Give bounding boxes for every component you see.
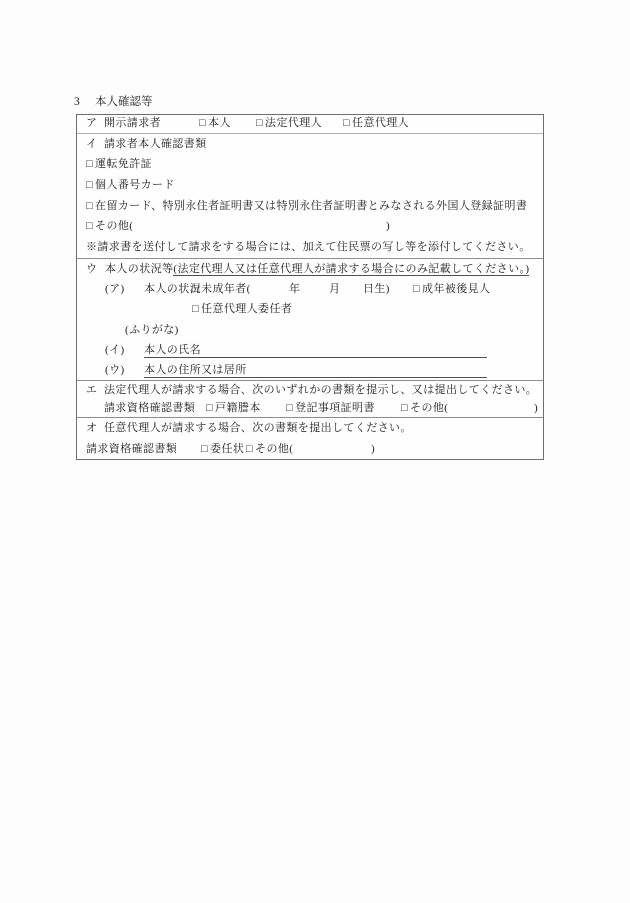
row-key: ア bbox=[86, 115, 97, 133]
checkbox-label: 任意代理人 bbox=[352, 117, 409, 129]
table-row-line: ※請求書を送付して請求をする場合には、加えて住民票の写し等を添付してください。 bbox=[77, 237, 543, 258]
identity-verification-table: ア 開示請求者 □本人 □法定代理人 □任意代理人 イ 請求者本人確認書類 □運… bbox=[76, 114, 544, 460]
table-row-line: (ア) 本人の状況 □未成年者( 年 月 日生) □成年被後見人 bbox=[77, 279, 543, 299]
row-title: 開示請求者 bbox=[104, 115, 161, 133]
checkbox-icon: □ bbox=[206, 402, 213, 414]
furigana-label: (ふりがな) bbox=[125, 320, 179, 340]
row-title: 請求者本人確認書類 bbox=[104, 134, 207, 155]
checkbox-icon: □ bbox=[201, 443, 208, 455]
table-row-line: エ 法定代理人が請求する場合、次のいずれかの書類を提示し、又は提出してください。 bbox=[77, 381, 543, 399]
principal-name-field: 本人の氏名 bbox=[144, 340, 487, 360]
paren-close: ) bbox=[386, 216, 390, 237]
checkbox-option-mynumber-card: □個人番号カード bbox=[86, 175, 175, 196]
table-row-line: ア 開示請求者 □本人 □法定代理人 □任意代理人 bbox=[77, 115, 543, 133]
document-page: 3 本人確認等 ア 開示請求者 □本人 □法定代理人 □任意代理人 イ 請求者本… bbox=[0, 0, 630, 903]
row-title-group: 本人の状況等(法定代理人又は任意代理人が請求する場合にのみ記載してください。) bbox=[105, 259, 529, 279]
checkbox-option-legal-agent: □法定代理人 bbox=[256, 115, 322, 133]
checkbox-option-other-document: □その他( bbox=[401, 399, 448, 417]
row-principal-situation: ウ 本人の状況等(法定代理人又は任意代理人が請求する場合にのみ記載してください。… bbox=[77, 258, 543, 381]
principal-address-field: 本人の住所又は居所 bbox=[144, 360, 487, 380]
row-identity-documents: イ 請求者本人確認書類 □運転免許証 □個人番号カード □在留カード、特別永住者… bbox=[77, 133, 543, 258]
table-row-line: □在留カード、特別永住者証明書又は特別永住者証明書とみなされる外国人登録証明書 bbox=[77, 196, 543, 217]
checkbox-label: その他( bbox=[255, 443, 293, 455]
checkbox-label: 個人番号カード bbox=[95, 179, 175, 191]
table-row-line: イ 請求者本人確認書類 bbox=[77, 134, 543, 155]
paren-close: ) bbox=[534, 399, 538, 417]
row-instruction: 任意代理人が請求する場合、次の書類を提出してください。 bbox=[104, 418, 412, 439]
checkbox-option-drivers-license: □運転免許証 bbox=[86, 154, 152, 175]
checkbox-option-other-document: □その他( bbox=[246, 439, 293, 460]
table-row-line: □個人番号カード bbox=[77, 175, 543, 196]
checkbox-label: 委任状 bbox=[210, 443, 244, 455]
section-title: 本人確認等 bbox=[95, 94, 153, 110]
row-key: オ bbox=[86, 418, 97, 439]
table-row-line: オ 任意代理人が請求する場合、次の書類を提出してください。 bbox=[77, 418, 543, 439]
sub-item-key: (イ) bbox=[105, 340, 125, 360]
checkbox-icon: □ bbox=[86, 158, 93, 170]
row-disclosure-requester: ア 開示請求者 □本人 □法定代理人 □任意代理人 bbox=[77, 115, 543, 133]
checkbox-label: その他( bbox=[95, 220, 133, 232]
checkbox-option-registration-cert: □登記事項証明書 bbox=[286, 399, 375, 417]
checkbox-icon: □ bbox=[256, 117, 263, 129]
qualification-docs-label: 請求資格確認書類 bbox=[86, 439, 177, 460]
table-row-line: ウ 本人の状況等(法定代理人又は任意代理人が請求する場合にのみ記載してください。… bbox=[77, 259, 543, 279]
checkbox-option-other-document: □その他( bbox=[86, 216, 133, 237]
row-voluntary-agent-documents: オ 任意代理人が請求する場合、次の書類を提出してください。 請求資格確認書類 □… bbox=[77, 417, 543, 459]
checkbox-label: 任意代理人委任者 bbox=[201, 303, 292, 315]
checkbox-option-adult-ward: □成年被後見人 bbox=[413, 279, 490, 299]
checkbox-option-proxy-letter: □委任状 bbox=[201, 439, 244, 460]
checkbox-label: その他( bbox=[410, 402, 448, 414]
checkbox-option-koseki: □戸籍謄本 bbox=[206, 399, 261, 417]
table-row-line: 請求資格確認書類 □委任状 □その他( ) bbox=[77, 439, 543, 460]
checkbox-icon: □ bbox=[401, 402, 408, 414]
checkbox-option-voluntary-delegator: □任意代理人委任者 bbox=[192, 299, 292, 319]
checkbox-label: 運転免許証 bbox=[95, 158, 152, 170]
checkbox-label: 成年被後見人 bbox=[422, 283, 490, 295]
checkbox-icon: □ bbox=[192, 283, 199, 295]
checkbox-icon: □ bbox=[413, 283, 420, 295]
checkbox-label: 本人 bbox=[208, 117, 231, 129]
paren-close: ) bbox=[371, 439, 375, 460]
table-row-line: □その他( ) bbox=[77, 216, 543, 237]
checkbox-option-voluntary-agent: □任意代理人 bbox=[343, 115, 409, 133]
checkbox-option-self: □本人 bbox=[199, 115, 231, 133]
row-key: エ bbox=[86, 381, 97, 399]
field-underline: 本人の氏名 bbox=[144, 342, 487, 358]
table-row-line: 請求資格確認書類 □戸籍謄本 □登記事項証明書 □その他( ) bbox=[77, 399, 543, 417]
checkbox-label: 法定代理人 bbox=[265, 117, 322, 129]
checkbox-label: 在留カード、特別永住者証明書又は特別永住者証明書とみなされる外国人登録証明書 bbox=[95, 200, 527, 212]
checkbox-icon: □ bbox=[246, 443, 253, 455]
checkbox-icon: □ bbox=[192, 303, 199, 315]
mailing-note: ※請求書を送付して請求をする場合には、加えて住民票の写し等を添付してください。 bbox=[86, 237, 531, 258]
sub-item-key: (ア) bbox=[105, 279, 125, 299]
qualification-docs-label: 請求資格確認書類 bbox=[104, 399, 195, 417]
row-title-note: (法定代理人又は任意代理人が請求する場合にのみ記載してください。) bbox=[173, 263, 529, 276]
checkbox-option-minor: □未成年者( bbox=[192, 279, 251, 299]
checkbox-icon: □ bbox=[86, 220, 93, 232]
checkbox-icon: □ bbox=[286, 402, 293, 414]
birth-day-label: 日生) bbox=[363, 279, 390, 299]
checkbox-option-residence-card: □在留カード、特別永住者証明書又は特別永住者証明書とみなされる外国人登録証明書 bbox=[86, 196, 527, 217]
checkbox-label: 戸籍謄本 bbox=[215, 402, 261, 414]
row-title: 本人の状況等 bbox=[105, 263, 173, 275]
checkbox-label: 登記事項証明書 bbox=[295, 402, 375, 414]
table-row-line: (ふりがな) bbox=[77, 320, 543, 340]
row-key: イ bbox=[86, 134, 97, 155]
checkbox-icon: □ bbox=[199, 117, 206, 129]
table-row-line: (イ) 本人の氏名 bbox=[77, 340, 543, 360]
checkbox-label: 未成年者( bbox=[201, 283, 251, 295]
checkbox-icon: □ bbox=[343, 117, 350, 129]
checkbox-icon: □ bbox=[86, 200, 93, 212]
birth-month-label: 月 bbox=[329, 279, 340, 299]
row-legal-agent-documents: エ 法定代理人が請求する場合、次のいずれかの書類を提示し、又は提出してください。… bbox=[77, 380, 543, 417]
table-row-line: □運転免許証 bbox=[77, 154, 543, 175]
table-row-line: □任意代理人委任者 bbox=[77, 299, 543, 319]
table-row-line: (ウ) 本人の住所又は居所 bbox=[77, 360, 543, 380]
row-key: ウ bbox=[86, 259, 97, 279]
section-number: 3 bbox=[74, 94, 80, 110]
birth-year-label: 年 bbox=[289, 279, 300, 299]
field-underline: 本人の住所又は居所 bbox=[144, 362, 487, 378]
sub-item-key: (ウ) bbox=[105, 360, 125, 380]
checkbox-icon: □ bbox=[86, 179, 93, 191]
row-instruction: 法定代理人が請求する場合、次のいずれかの書類を提示し、又は提出してください。 bbox=[104, 381, 537, 399]
